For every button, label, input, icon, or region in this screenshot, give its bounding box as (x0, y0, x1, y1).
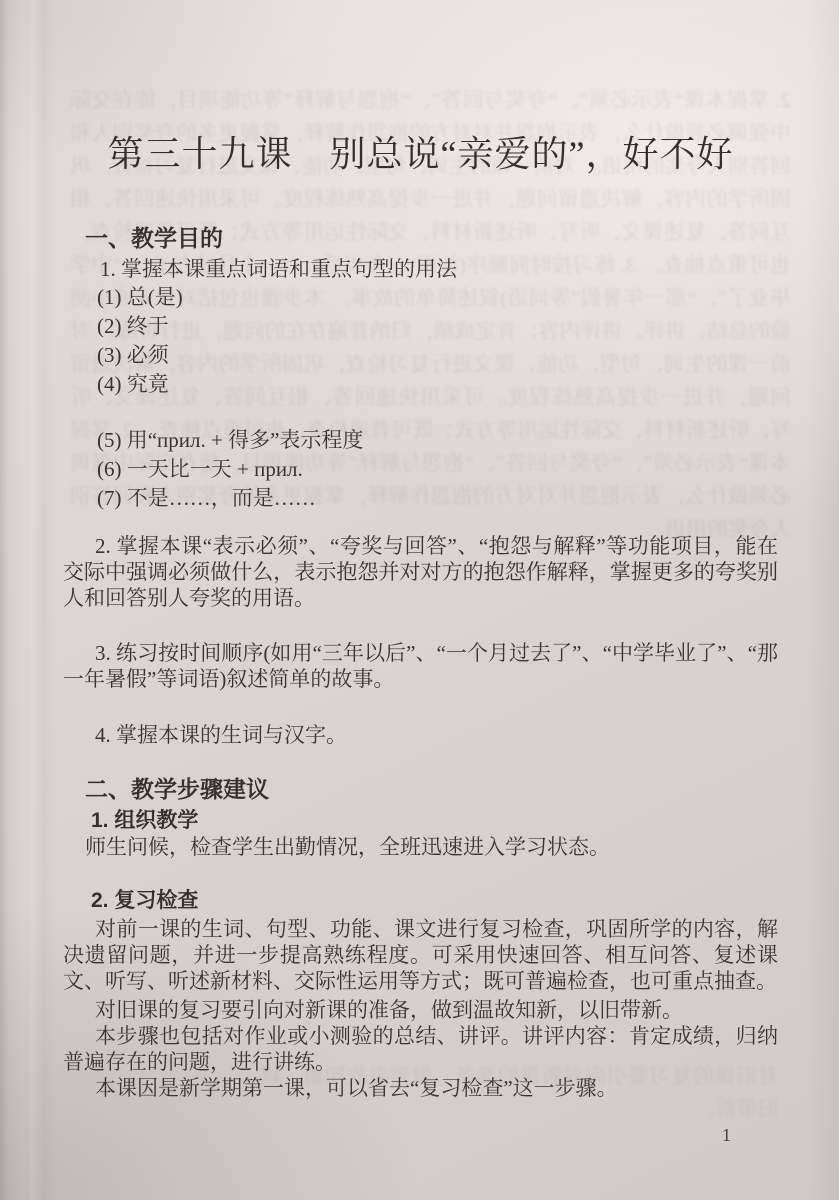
step1-heading: 1. 组织教学 (91, 807, 778, 834)
objectives-points-group1: (1) 总(是) (2) 终于 (3) 必须 (4) 究竟 (63, 283, 778, 399)
photographed-book-page: 2. 掌握本课“表示必须”、“夸奖与回答”、“抱怨与解释”等功能项目，能在交际中… (0, 0, 839, 1200)
objectives-item-4: 4. 掌握本课的生词与汉字。 (63, 722, 778, 748)
step1-body: 师生问候，检查学生出勤情况，全班迅速进入学习状态。 (63, 834, 778, 860)
objectives-points-group2: (5) 用“прил. + 得多”表示程度 (6) 一天比一天 + прил. … (63, 426, 778, 513)
step2-heading: 2. 复习检查 (91, 887, 778, 914)
lesson-title: 第三十九课 别总说“亲爱的”，好不好 (63, 132, 778, 176)
page-number: 1 (722, 1124, 731, 1146)
step2-paragraph-4: 本课因是新学期第一课，可以省去“复习检查”这一步骤。 (63, 1075, 778, 1101)
objective-point: (3) 必须 (97, 341, 778, 370)
page-content: 第三十九课 别总说“亲爱的”，好不好 一、教学目的 1. 掌握本课重点词语和重点… (0, 0, 839, 1200)
step2-paragraph-1: 对前一课的生词、句型、功能、课文进行复习检查，巩固所学的内容，解决遗留问题，并进… (63, 916, 778, 994)
objectives-item-1: 1. 掌握本课重点词语和重点句型的用法 (63, 255, 778, 283)
objective-point: (4) 究竟 (97, 370, 778, 399)
objective-point: (1) 总(是) (97, 283, 778, 312)
objective-point: (7) 不是……，而是…… (97, 484, 778, 513)
objectives-item-3: 3. 练习按时间顺序(如用“三年以后”、“一个月过去了”、“中学毕业了”、“那一… (63, 640, 778, 692)
objective-point: (5) 用“прил. + 得多”表示程度 (97, 426, 778, 455)
objective-point: (2) 终于 (97, 312, 778, 341)
step2-paragraph-2: 对旧课的复习要引向对新课的准备，做到温故知新，以旧带新。 (63, 997, 778, 1023)
section-heading-objectives: 一、教学目的 (85, 223, 778, 253)
objectives-item-2: 2. 掌握本课“表示必须”、“夸奖与回答”、“抱怨与解释”等功能项目，能在交际中… (63, 533, 778, 611)
objective-point: (6) 一天比一天 + прил. (97, 455, 778, 484)
step2-paragraph-3: 本步骤也包括对作业或小测验的总结、讲评。讲评内容：肯定成绩，归纳普遍存在的问题，… (63, 1023, 778, 1075)
section-heading-steps: 二、教学步骤建议 (85, 774, 778, 804)
